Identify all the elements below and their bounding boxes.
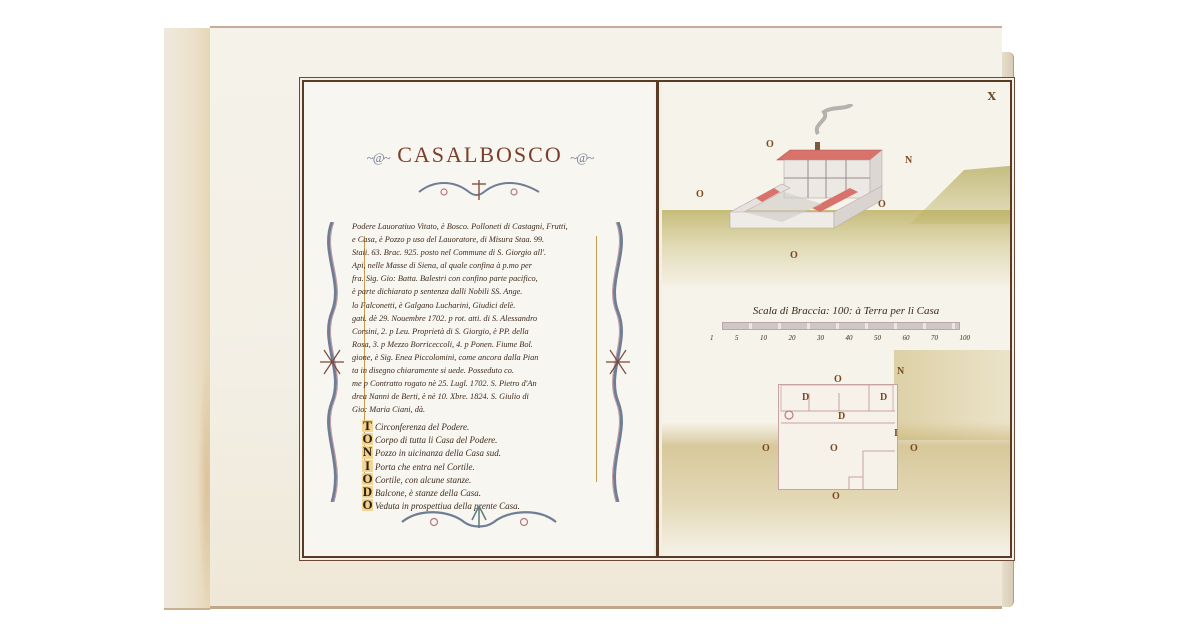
description-line: gati. dè 29. Nouembre 1702. p rot. atti.… [352, 312, 604, 325]
description-line: Staii. 63. Brac. 925. posto nel Commune … [352, 246, 604, 259]
legend-key: N [362, 446, 373, 458]
map-label: O [696, 189, 704, 200]
scale-caption: Scala di Braccia: 100: à Terra per li Ca… [706, 305, 986, 317]
map-label: O [834, 374, 842, 385]
description-line: gione, è Sig. Enea Piccolomini, come anc… [352, 351, 604, 364]
scale-tick: 5 [735, 334, 739, 342]
scale-tick: 30 [817, 334, 824, 342]
description-line: me p Contratto rogato nè 25. Lugl. 1702.… [352, 377, 604, 390]
scale-tick-labels: 1 5 10 20 30 40 50 60 70 100 [710, 334, 970, 342]
scale-tick: 40 [846, 334, 853, 342]
legend-item: TCirconferenza del Podere. [362, 420, 602, 433]
description-line: e Casa, è Pozzo p uso del Lauoratore, di… [352, 233, 604, 246]
scale-tick: 70 [931, 334, 938, 342]
center-rule [656, 82, 659, 556]
legend-text: Pozzo in uicinanza della Casa sud. [375, 447, 501, 459]
map-label: O [830, 443, 838, 454]
map-legend: TCirconferenza del Podere. OCorpo di tut… [362, 420, 602, 512]
legend-text: Balcone, è stanze della Casa. [375, 487, 481, 499]
description-line: Corsini, 2. p Leu. Proprietà di S. Giorg… [352, 325, 604, 338]
vine-ornament-right-icon [604, 222, 632, 502]
description-line: Rosa, 3. p Mezzo Borriceccoli, 4. p Pone… [352, 338, 604, 351]
legend-text: Cortile, con alcune stanze. [375, 474, 471, 486]
legend-text: Porta che entra nel Cortile. [375, 461, 475, 473]
room-label: D [838, 411, 845, 422]
legend-key: O [362, 499, 373, 511]
door-label: I [894, 428, 898, 439]
north-label: N [897, 366, 904, 377]
left-page: ~@~ CASALBOSCO ~@~ [304, 82, 654, 556]
left-page-fold [164, 28, 210, 610]
description-line: è parte dichiarato p sentenza dalli Nobi… [352, 285, 604, 298]
scale-tick: 20 [789, 334, 796, 342]
room-label: D [802, 392, 809, 403]
room-label: D [880, 392, 887, 403]
legend-item: DBalcone, è stanze della Casa. [362, 486, 602, 499]
farmhouse-perspective-drawing [722, 104, 942, 254]
scale-tick: 100 [960, 334, 971, 342]
map-label: O [790, 250, 798, 261]
description-line: fra. Sig. Gio: Batta. Balestri con confi… [352, 272, 604, 285]
title-text: CASALBOSCO [397, 142, 562, 167]
description-line: Gio: Maria Ciani, dà. [352, 403, 604, 416]
ornament-bottom-icon [394, 502, 564, 532]
scale-tick: 60 [903, 334, 910, 342]
description-line: Podere Lauoratiuo Vitato, è Bosco. Pollo… [352, 220, 604, 233]
legend-text: Corpo di tutta li Casa del Podere. [375, 434, 497, 446]
scale-tick: 1 [710, 334, 714, 342]
legend-item: OCorpo di tutta li Casa del Podere. [362, 433, 602, 446]
scale-tick: 10 [760, 334, 767, 342]
scroll-flourish-icon: ~@~ [367, 150, 390, 165]
description-line: ta in disegno chiaramente si uede. Posse… [352, 364, 604, 377]
scale-tick: 50 [874, 334, 881, 342]
map-label: O [832, 491, 840, 502]
double-ruled-frame: ~@~ CASALBOSCO ~@~ [302, 80, 1012, 558]
open-spread: ~@~ CASALBOSCO ~@~ [210, 26, 1002, 609]
legend-item: NPozzo in uicinanza della Casa sud. [362, 446, 602, 459]
scale-bar [722, 322, 960, 330]
description-line: lo Falconetti, è Galgano Lucharini, Giud… [352, 299, 604, 312]
property-description: Podere Lauoratiuo Vitato, è Bosco. Pollo… [352, 220, 604, 416]
legend-text: Circonferenza del Podere. [375, 421, 469, 433]
legend-item: IPorta che entra nel Cortile. [362, 460, 602, 473]
description-line: drea Nanni de Berti, è nè 10. Xbre. 1824… [352, 390, 604, 403]
page-number: X [987, 90, 996, 103]
manuscript-book: ~@~ CASALBOSCO ~@~ [164, 22, 1012, 610]
well-label: N [905, 155, 912, 166]
vine-ornament-left-icon [318, 222, 346, 502]
description-line: Api, nelle Masse di Siena, al quale conf… [352, 259, 604, 272]
map-label: O [762, 443, 770, 454]
map-label: O [910, 443, 918, 454]
page-title: ~@~ CASALBOSCO ~@~ [340, 142, 620, 168]
right-page: X O [662, 82, 1010, 556]
legend-item: OCortile, con alcune stanze. [362, 473, 602, 486]
legend-key: I [362, 460, 373, 472]
ornament-top-icon [414, 178, 544, 202]
map-label: O [766, 139, 774, 150]
scroll-flourish-icon: ~@~ [570, 150, 593, 165]
map-label: O [878, 199, 886, 210]
